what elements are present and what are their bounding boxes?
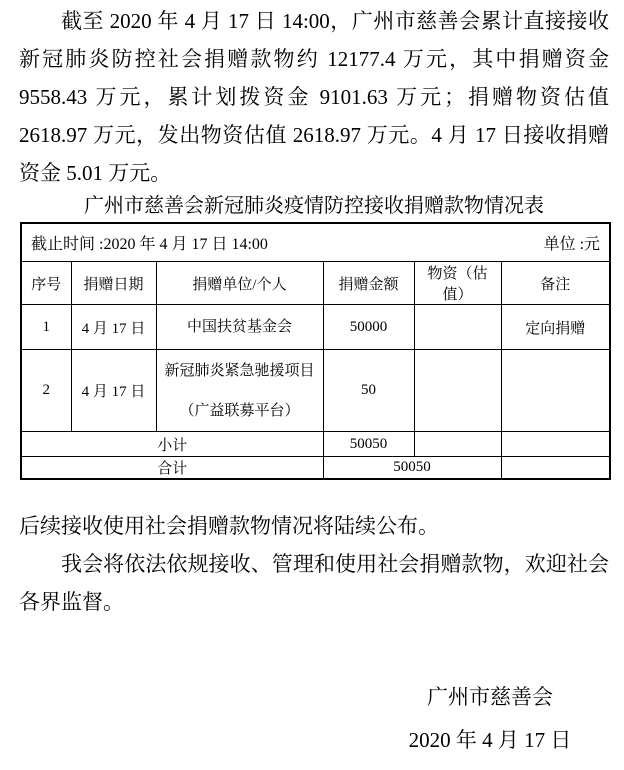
total-row: 合计 50050: [21, 457, 610, 480]
table-row: 1 4 月 17 日 中国扶贫基金会 50000 定向捐赠: [21, 305, 610, 350]
donation-table: 截止时间 :2020 年 4 月 17 日 14:00 单位 :元 序号 捐赠日…: [20, 222, 611, 480]
table-header-row: 序号 捐赠日期 捐赠单位/个人 捐赠金额 物资（估值） 备注: [21, 262, 610, 305]
signature-org: 广州市慈善会: [375, 676, 605, 719]
row-note: [501, 350, 610, 432]
table-row: 2 4 月 17 日 新冠肺炎紧急驰援项目 （广益联募平台） 50: [21, 350, 610, 432]
header-goods: 物资（估值）: [414, 262, 501, 305]
table-title: 广州市慈善会新冠肺炎疫情防控接收捐赠款物情况表: [19, 193, 609, 219]
header-donor: 捐赠单位/个人: [156, 262, 323, 305]
row-amount: 50000: [323, 305, 414, 350]
row-donor: 新冠肺炎紧急驰援项目 （广益联募平台）: [156, 350, 323, 432]
row-note: 定向捐赠: [501, 305, 610, 350]
subtotal-label: 小计: [21, 432, 323, 457]
total-note: [501, 457, 610, 480]
table-caption-row: 截止时间 :2020 年 4 月 17 日 14:00 单位 :元: [21, 223, 610, 262]
caption-cell: 截止时间 :2020 年 4 月 17 日 14:00 单位 :元: [21, 223, 610, 262]
row-goods: [414, 350, 501, 432]
header-amount: 捐赠金额: [323, 262, 414, 305]
document-page: 截至 2020 年 4 月 17 日 14:00，广州市慈善会累计直接接收新冠肺…: [0, 0, 624, 770]
total-label: 合计: [21, 457, 323, 480]
header-date: 捐赠日期: [71, 262, 156, 305]
row-amount: 50: [323, 350, 414, 432]
row-no: 1: [21, 305, 71, 350]
total-amount: 50050: [323, 457, 501, 480]
intro-paragraph: 截至 2020 年 4 月 17 日 14:00，广州市慈善会累计直接接收新冠肺…: [19, 2, 609, 192]
header-note: 备注: [501, 262, 610, 305]
row-no: 2: [21, 350, 71, 432]
followup-paragraph: 后续接收使用社会捐赠款物情况将陆续公布。: [19, 507, 609, 545]
cutoff-time-label: 截止时间 :2020 年 4 月 17 日 14:00: [31, 231, 268, 254]
header-no: 序号: [21, 262, 71, 305]
unit-label: 单位 :元: [544, 231, 600, 254]
subtotal-goods: [414, 432, 501, 457]
signature-date: 2020 年 4 月 17 日: [375, 719, 605, 762]
subtotal-note: [501, 432, 610, 457]
row-date: 4 月 17 日: [71, 305, 156, 350]
row-donor: 中国扶贫基金会: [156, 305, 323, 350]
subtotal-row: 小计 50050: [21, 432, 610, 457]
subtotal-amount: 50050: [323, 432, 414, 457]
commitment-paragraph: 我会将依法依规接收、管理和使用社会捐赠款物，欢迎社会各界监督。: [19, 545, 609, 621]
row-date: 4 月 17 日: [71, 350, 156, 432]
row-goods: [414, 305, 501, 350]
signature-block: 广州市慈善会 2020 年 4 月 17 日: [375, 676, 605, 762]
